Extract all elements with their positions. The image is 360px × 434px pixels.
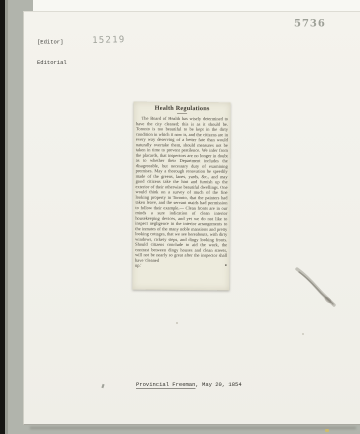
accession-number-stamp: 15219 (92, 35, 159, 56)
clipping-last-line: * up.' (135, 263, 227, 269)
yellow-speck (325, 429, 329, 432)
dust-speck (176, 322, 178, 324)
editor-annotation-line1: [Editor] (37, 40, 67, 47)
headline-rule (177, 113, 187, 114)
publication-date: , May 20, 1854 (195, 382, 241, 388)
dust-speck (302, 333, 304, 335)
newspaper-clipping: Health Regulations The Board of Health h… (132, 102, 230, 291)
publication-name: Provincial Freeman (136, 382, 195, 389)
clipping-headline: Health Regulations (136, 104, 228, 112)
catalog-number-stamp: 5736 (294, 17, 358, 41)
scanned-photograph: [Editor] Editorial 15219 5736 Health Reg… (0, 0, 360, 434)
scan-edge-shadow (5, 0, 8, 434)
source-caption: Provincial Freeman, May 20, 1854 (136, 382, 347, 394)
page-bottom-shadow (30, 427, 356, 429)
printers-mark: * (225, 263, 227, 268)
editor-annotation: [Editor] Editorial (37, 26, 96, 134)
editor-annotation-line2: Editorial (37, 60, 67, 67)
clipping-body-text: The Board of Health has wisely determine… (135, 116, 228, 264)
pencil-smudge-mark (290, 263, 340, 313)
